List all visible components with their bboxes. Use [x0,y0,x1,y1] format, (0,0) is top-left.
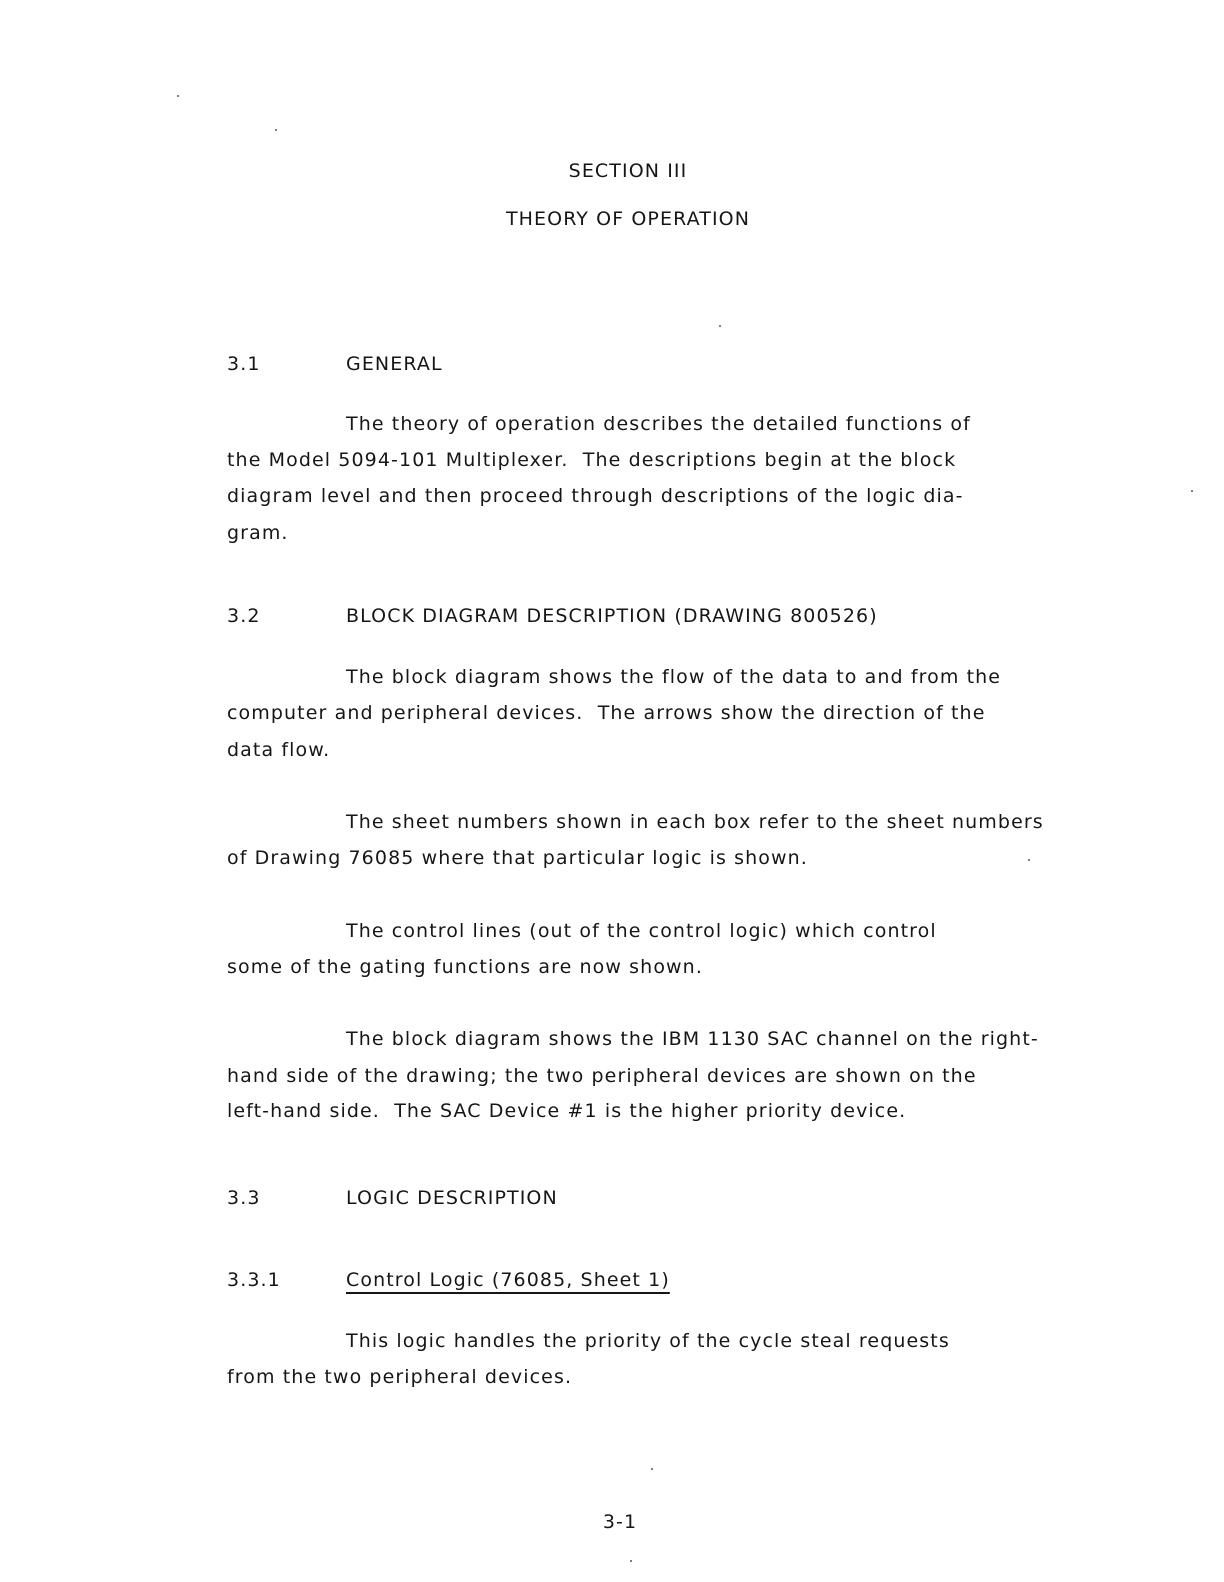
paragraph-line: hand side of the drawing; the two periph… [227,1065,977,1087]
paragraph-line: diagram level and then proceed through d… [227,485,964,507]
paragraph-line: some of the gating functions are now sho… [227,956,703,978]
paragraph-line: gram. [227,522,289,544]
scan-speck [719,325,721,327]
scan-speck [1191,490,1193,492]
paragraph-line: The theory of operation describes the de… [346,413,971,435]
scan-speck [177,95,179,97]
section-number-3-1: 3.1 [227,353,261,375]
section-number-3-2: 3.2 [227,605,261,627]
paragraph-line: of Drawing 76085 where that particular l… [227,847,808,869]
scan-speck [651,1468,653,1470]
document-page: SECTION III THEORY OF OPERATION 3.1 GENE… [0,0,1224,1582]
paragraph-line: the Model 5094-101 Multiplexer. The desc… [227,449,956,471]
paragraph-line: The block diagram shows the flow of the … [346,666,1001,688]
section-number-3-3: 3.3 [227,1187,261,1209]
subsection-heading-control-logic: Control Logic (76085, Sheet 1) [346,1269,670,1291]
scan-speck [630,1560,632,1562]
paragraph-line: The control lines (out of the control lo… [346,920,937,942]
paragraph-line: left-hand side. The SAC Device #1 is the… [227,1100,906,1122]
page-number: 3-1 [0,1511,1224,1533]
paragraph-line: This logic handles the priority of the c… [346,1330,950,1352]
section-number-3-3-1: 3.3.1 [227,1269,281,1291]
section-heading-block-diagram: BLOCK DIAGRAM DESCRIPTION (DRAWING 80052… [346,605,878,627]
paragraph-line: from the two peripheral devices. [227,1366,572,1388]
page-title: THEORY OF OPERATION [0,208,1224,230]
section-label: SECTION III [0,160,1224,182]
paragraph-line: computer and peripheral devices. The arr… [227,702,986,724]
scan-speck [1028,859,1030,861]
paragraph-line: data flow. [227,739,330,761]
section-heading-general: GENERAL [346,353,443,375]
paragraph-line: The sheet numbers shown in each box refe… [346,811,1044,833]
paragraph-line: The block diagram shows the IBM 1130 SAC… [346,1028,1039,1050]
scan-speck [275,129,277,131]
section-heading-logic-description: LOGIC DESCRIPTION [346,1187,558,1209]
